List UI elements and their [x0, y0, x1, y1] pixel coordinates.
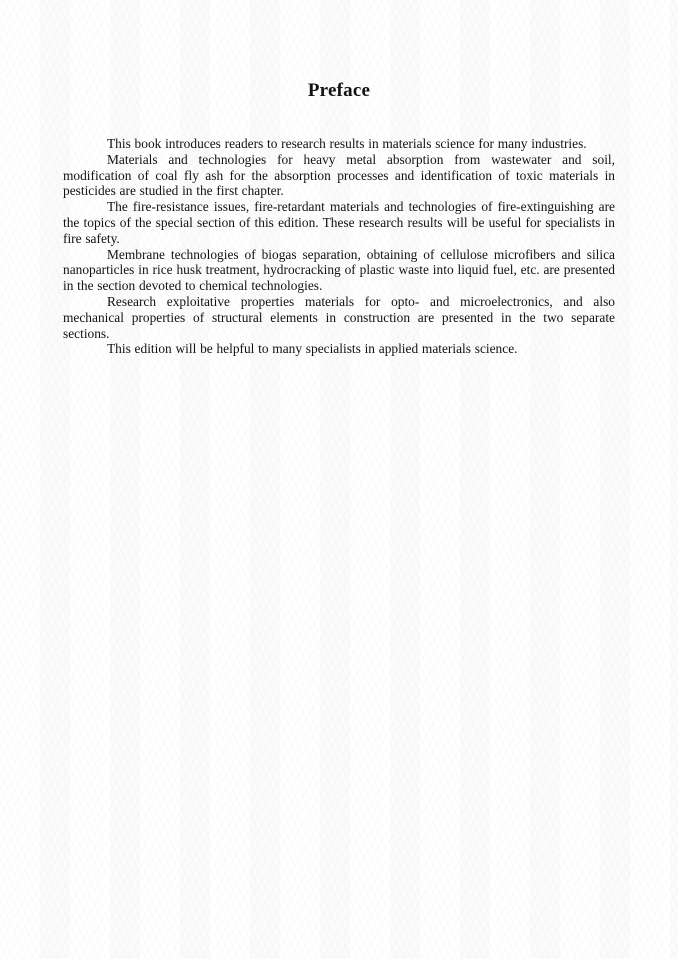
- preface-paragraph-5: Research exploitative properties materia…: [63, 294, 615, 341]
- preface-paragraph-4: Membrane technologies of biogas separati…: [63, 247, 615, 294]
- preface-paragraph-6: This edition will be helpful to many spe…: [63, 341, 615, 357]
- preface-paragraph-3: The fire-resistance issues, fire-retarda…: [63, 199, 615, 246]
- page-title: Preface: [0, 0, 678, 102]
- preface-paragraph-2: Materials and technologies for heavy met…: [63, 152, 615, 199]
- preface-body: This book introduces readers to research…: [63, 136, 615, 357]
- preface-paragraph-1: This book introduces readers to research…: [63, 136, 615, 152]
- document-page: Preface This book introduces readers to …: [0, 0, 678, 959]
